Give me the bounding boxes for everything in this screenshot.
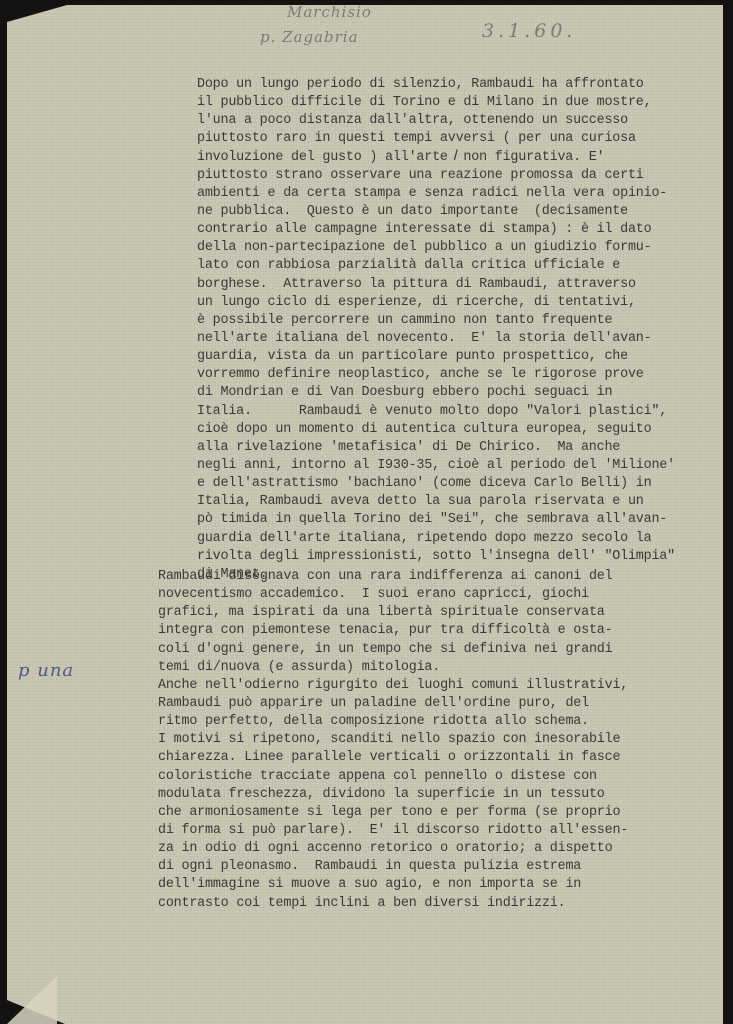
text-line: e dell'astrattismo 'bachiano' (come dice… [197,475,733,493]
text-line: coloristiche tracciate appena col pennel… [158,768,698,786]
paragraph-1: Dopo un lungo periodo di silenzio, Ramba… [197,76,733,584]
paragraph-2: Rambaudi disegnava con una rara indiffer… [158,568,698,913]
text-line: I motivi si ripetono, scanditi nello spa… [158,731,698,749]
text-line: è possibile percorrere un cammino non ta… [197,312,733,330]
text-line: guardia dell'arte italiana, ripetendo do… [197,530,733,548]
text-line: il pubblico difficile di Torino e di Mil… [197,94,733,112]
text-line: pò timida in quella Torino dei "Sei", ch… [197,511,733,529]
text-line: di ogni pleonasmo. Rambaudi in questa pu… [158,858,698,876]
handwritten-author: Marchisio [287,3,372,21]
text-line: un lungo ciclo di esperienze, di ricerch… [197,294,733,312]
handwritten-recipient: p. Zagabria [260,28,359,46]
text-line: di forma si può parlare). E' il discorso… [158,822,698,840]
text-line: Dopo un lungo periodo di silenzio, Ramba… [197,76,733,94]
text-line: l'una a poco distanza dall'altra, ottene… [197,112,733,130]
text-line: guardia, vista da un particolare punto p… [197,348,733,366]
text-line: negli anni, intorno al I930-35, cioè al … [197,457,733,475]
text-line: Rambaudi disegnava con una rara indiffer… [158,568,698,586]
text-line: Anche nell'odierno rigurgito dei luoghi … [158,677,698,695]
text-line: Italia. Rambaudi è venuto molto dopo "Va… [197,403,733,421]
text-line: di Mondrian e di Van Doesburg ebbero poc… [197,384,733,402]
text-line: chiarezza. Linee parallele verticali o o… [158,749,698,767]
text-line: vorremmo definire neoplastico, anche se … [197,366,733,384]
text-line: Italia, Rambaudi aveva detto la sua paro… [197,493,733,511]
text-line: lato con rabbiosa parzialità dalla criti… [197,257,733,275]
text-line: grafici, ma ispirati da una libertà spir… [158,604,698,622]
text-line: cioè dopo un momento di autentica cultur… [197,421,733,439]
text-line: novecentismo accademico. I suoi erano ca… [158,586,698,604]
text-line: dell'immagine si muove a suo agio, e non… [158,876,698,894]
text-line: coli d'ogni genere, in un tempo che si d… [158,641,698,659]
text-line: ne pubblica. Questo è un dato importante… [197,203,733,221]
text-line: nell'arte italiana del novecento. E' la … [197,330,733,348]
text-line: ambienti e da certa stampa e senza radic… [197,185,733,203]
text-line: rivolta degli impressionisti, sotto l'in… [197,548,733,566]
margin-note: p una [18,660,74,681]
handwritten-date: 3.1.60. [482,20,576,42]
text-line: borghese. Attraverso la pittura di Ramba… [197,276,733,294]
text-line: ritmo perfetto, della composizione ridot… [158,713,698,731]
text-line: piuttosto strano osservare una reazione … [197,167,733,185]
text-line: Rambaudi può apparire un paladine dell'o… [158,695,698,713]
text-line: temi di/nuova (e assurda) mitologia. [158,659,698,677]
text-line: alla rivelazione 'metafisica' di De Chir… [197,439,733,457]
folded-corner [7,976,57,1024]
text-line: contrario alle campagne interessate di s… [197,221,733,239]
text-line: modulata freschezza, dividono la superfi… [158,786,698,804]
text-line: involuzione del gusto ) all'arte ̸̸̸ non… [197,149,733,167]
text-line: contrasto coi tempi inclini a ben divers… [158,895,698,913]
text-line: integra con piemontese tenacia, pur tra … [158,622,698,640]
text-line: piuttosto raro in questi tempi avversi (… [197,130,733,148]
text-line: della non-partecipazione del pubblico a … [197,239,733,257]
text-line: za in odio di ogni accenno retorico o or… [158,840,698,858]
text-line: che armoniosamente si lega per tono e pe… [158,804,698,822]
